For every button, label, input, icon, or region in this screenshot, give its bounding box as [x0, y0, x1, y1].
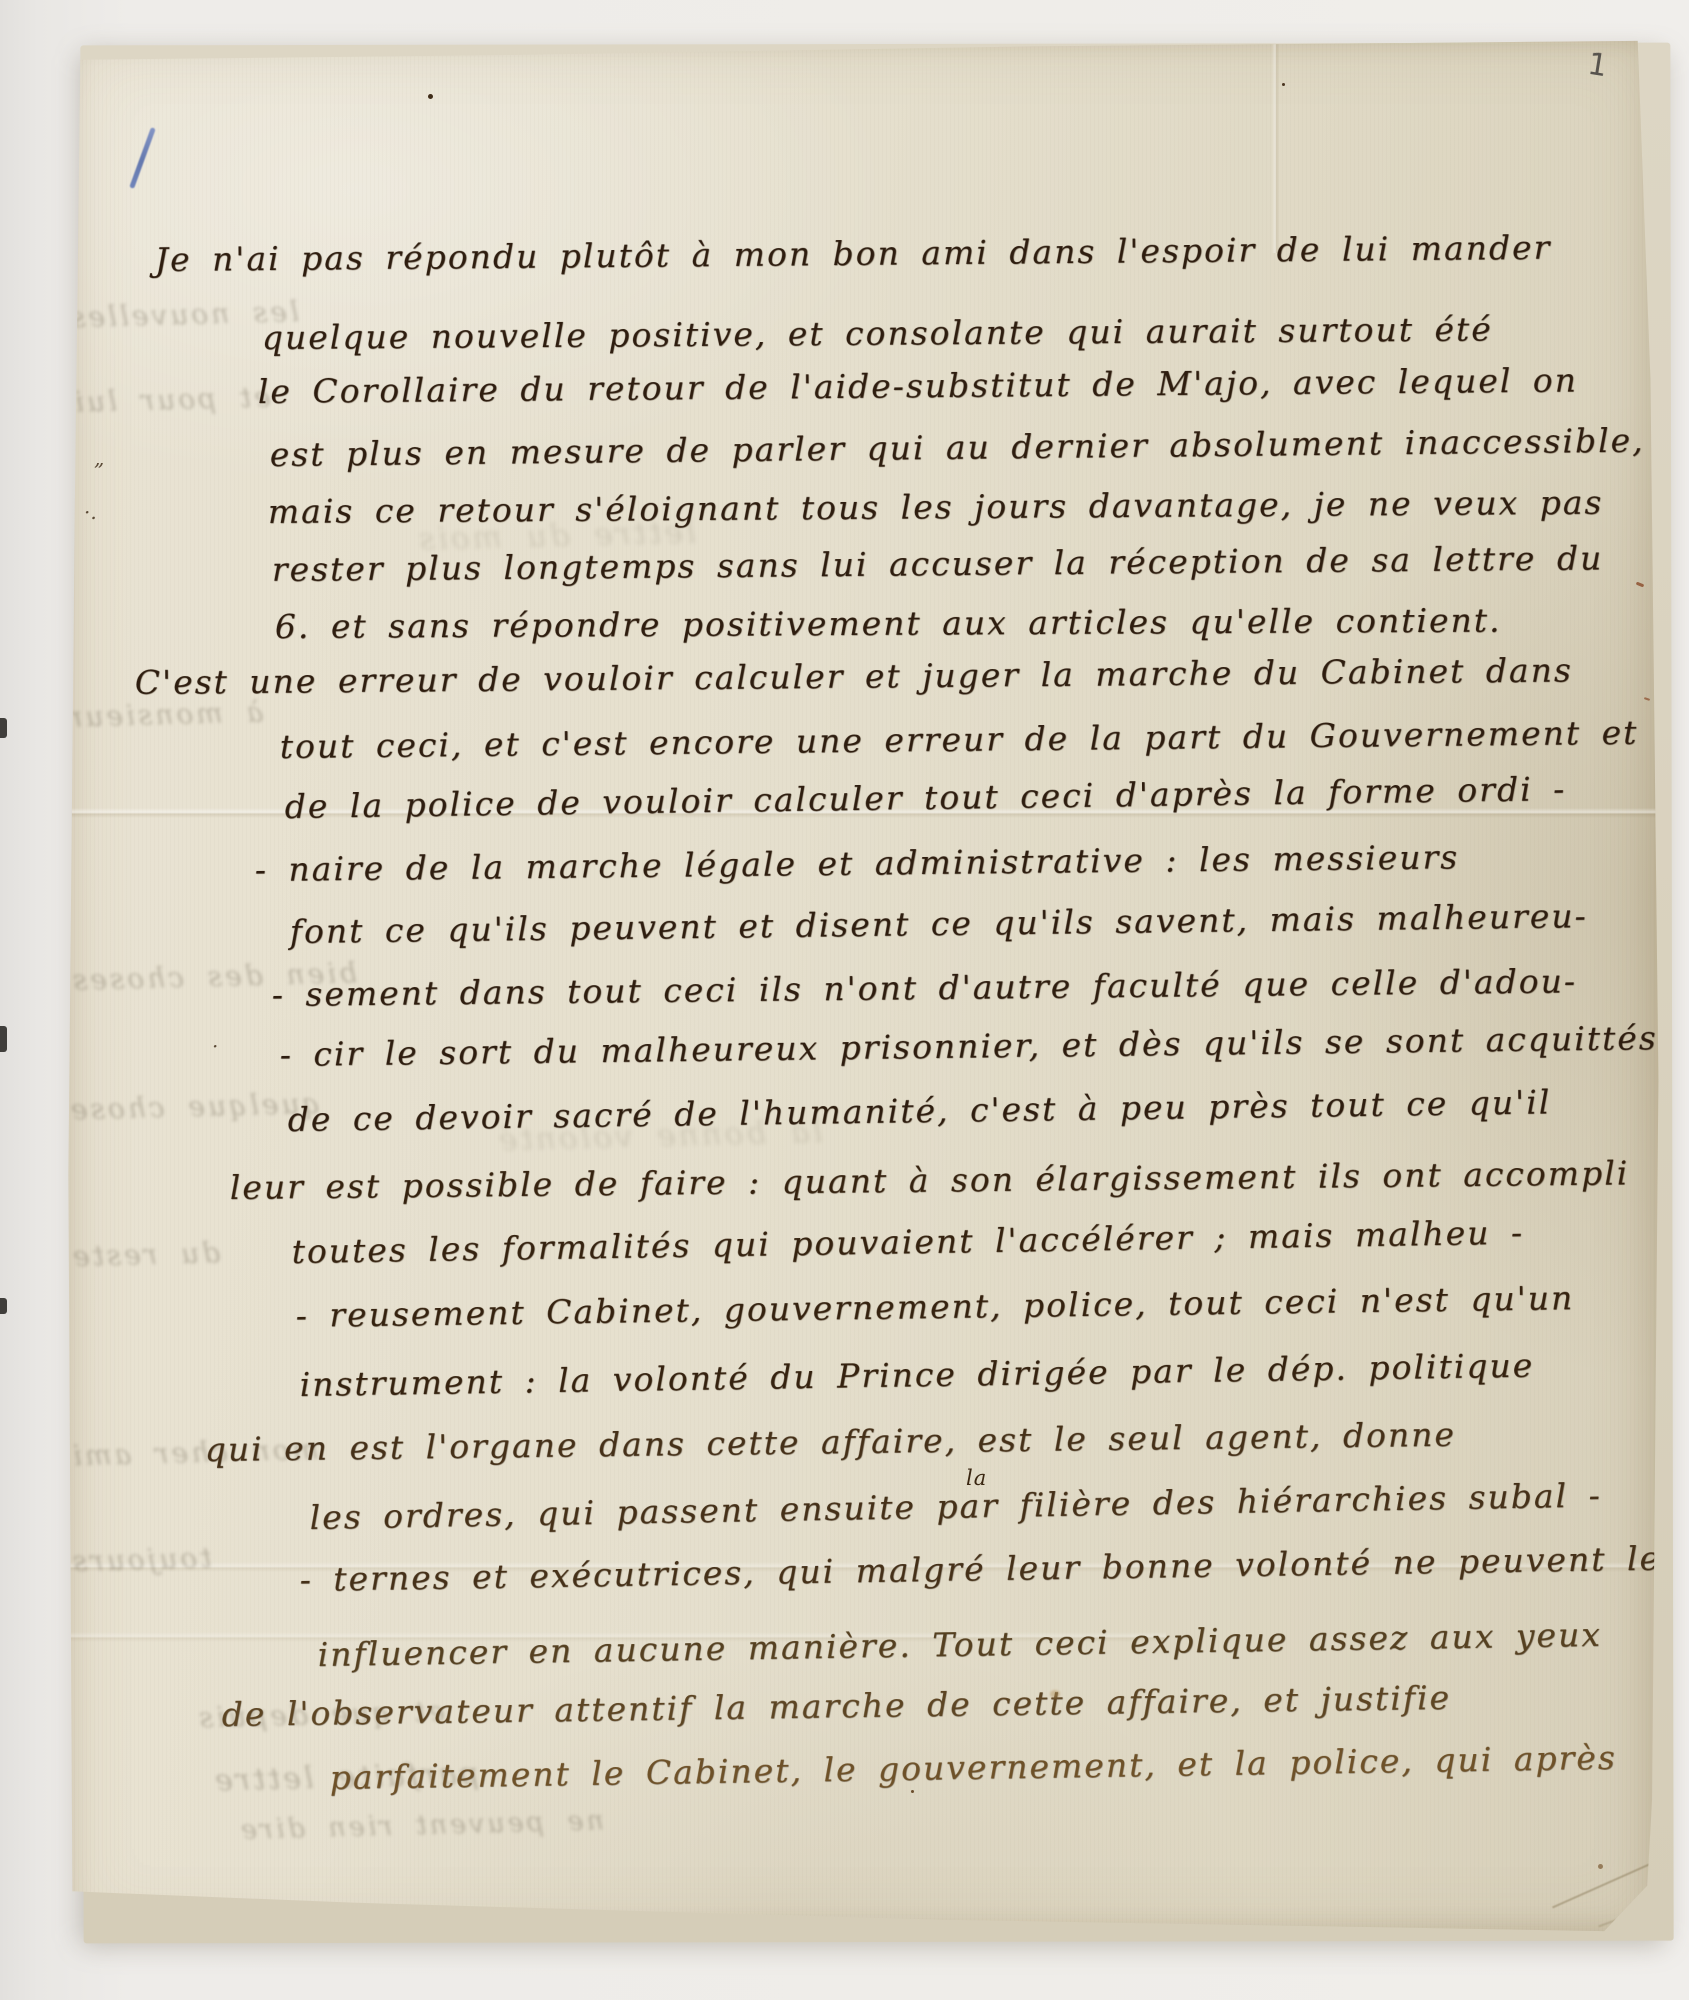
manuscript-line: parfaitement le Cabinet, le gouvernement…: [329, 1738, 1617, 1798]
scan-background: les nouvelles et pour lui à monsieur bie…: [0, 0, 1689, 2000]
ink-speck: [1282, 83, 1285, 86]
ink-speck: [1598, 1864, 1603, 1869]
bleedthrough-fragment: ne peuvent rien dire: [238, 1805, 605, 1846]
manuscript-line: - naire de la marche légale et administr…: [255, 837, 1460, 890]
bleedthrough-fragment: du reste: [70, 1236, 221, 1273]
manuscript-line: est plus en mesure de parler qui au dern…: [270, 421, 1645, 475]
manuscript-line: - ternes et exécutrices, qui malgré leur…: [299, 1538, 1680, 1600]
manuscript-line: leur est possible de faire : quant à son…: [230, 1153, 1630, 1208]
manuscript-line: font ce qu'ils peuvent et disent ce qu'i…: [290, 896, 1588, 952]
interlinear-insertion: la: [966, 1466, 987, 1490]
manuscript-line: de l'observateur attentif la marche de c…: [221, 1678, 1451, 1735]
bleedthrough-fragment: et pour lui: [72, 380, 272, 418]
manuscript-line: influencer en aucune manière. Tout ceci …: [317, 1615, 1602, 1675]
bleedthrough-fragment: quelque chose: [68, 1087, 321, 1127]
letter-page: les nouvelles et pour lui à monsieur bie…: [66, 38, 1660, 1933]
blue-crayon-mark: [129, 127, 156, 189]
manuscript-line: tout ceci, et c'est encore une erreur de…: [280, 713, 1639, 767]
scan-edge-artifact: [0, 1026, 7, 1052]
manuscript-line: toutes les formalités qui pouvaient l'ac…: [291, 1213, 1524, 1272]
manuscript-line: les ordres, qui passent ensuite par fili…: [309, 1475, 1602, 1538]
manuscript-line: - sement dans tout ceci ils n'ont d'autr…: [272, 961, 1578, 1015]
manuscript-line: le Corollaire du retour de l'aide-substi…: [258, 360, 1578, 412]
manuscript-line: - reusement Cabinet, gouvernement, polic…: [295, 1278, 1574, 1336]
margin-mark: „: [94, 446, 104, 470]
ink-speck: [428, 94, 433, 99]
manuscript-line: C'est une erreur de vouloir calculer et …: [135, 650, 1573, 703]
ink-speck: [1644, 697, 1650, 701]
manuscript-line: quelque nouvelle positive, et consolante…: [262, 309, 1493, 358]
manuscript-line: de la police de vouloir calculer tout ce…: [284, 769, 1566, 827]
pencil-page-number: 1: [1585, 47, 1609, 85]
ink-speck: [1636, 582, 1645, 588]
manuscript-line: qui en est l'organe dans cette affaire, …: [205, 1415, 1457, 1470]
fold-crease-vertical: [1272, 38, 1279, 253]
manuscript-line: 6. et sans répondre positivement aux art…: [275, 601, 1502, 647]
stain: [1050, 1690, 1060, 1698]
manuscript-line: de ce devoir sacré de l'humanité, c'est …: [287, 1082, 1551, 1140]
margin-mark: ·.: [84, 500, 97, 524]
margin-mark: ·: [212, 1034, 218, 1058]
ink-speck: [911, 1790, 914, 1793]
bleedthrough-fragment: toujours: [70, 1541, 212, 1578]
scan-edge-artifact: [0, 1298, 7, 1314]
manuscript-line: Je n'ai pas répondu plutôt à mon bon ami…: [155, 228, 1552, 280]
manuscript-line: instrument : la volonté du Prince dirigé…: [299, 1346, 1534, 1405]
manuscript-line: - cir le sort du malheureux prisonnier, …: [280, 1018, 1658, 1075]
scan-edge-artifact: [0, 718, 7, 738]
manuscript-line: mais ce retour s'éloignant tous les jour…: [268, 483, 1604, 532]
